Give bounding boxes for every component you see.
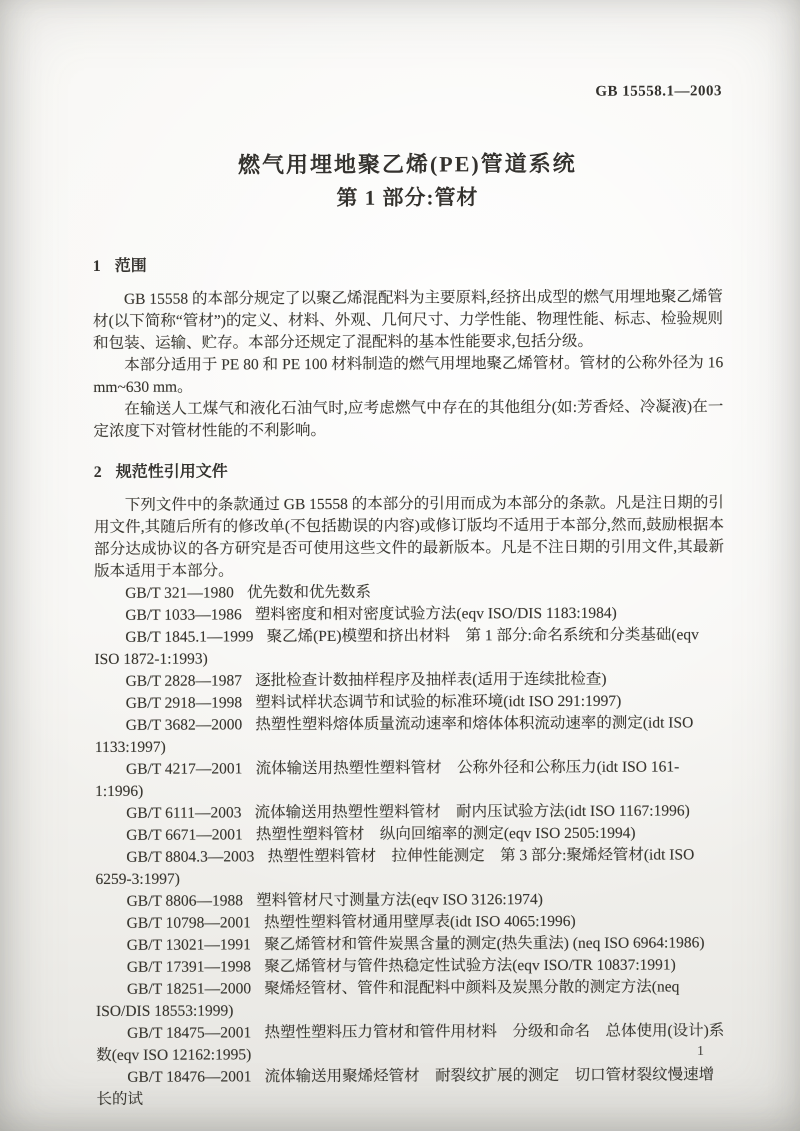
reference-code: GB/T 8804.3—2003	[126, 848, 254, 866]
page-content: GB 15558.1—2003 燃气用埋地聚乙烯(PE)管道系统 第 1 部分:…	[92, 83, 726, 1111]
reference-title: 聚乙烯管材与管件热稳定性试验方法(eqv ISO/TR 10837:1991)	[264, 956, 676, 975]
reference-code: GB/T 4217—2001	[126, 760, 242, 778]
reference-item: GB/T 6671—2001热塑性塑料管材 纵向回缩率的测定(eqv ISO 2…	[95, 822, 725, 847]
standard-number: GB 15558.1—2003	[92, 83, 722, 103]
reference-item: GB/T 2918—1998塑料试样状态调节和试验的标准环境(idt ISO 2…	[95, 690, 725, 715]
reference-item: GB/T 2828—1987逐批检查计数抽样程序及抽样表(适用于连续批检查)	[95, 668, 725, 693]
reference-title: 热塑性塑料管材通用壁厚表(idt ISO 4065:1996)	[264, 913, 576, 931]
scope-paragraph-2: 本部分适用于 PE 80 和 PE 100 材料制造的燃气用埋地聚乙烯管材。管材…	[93, 352, 723, 399]
reference-item: GB/T 18251—2000聚烯烃管材、管件和混配料中颜料及炭黑分散的测定方法…	[96, 976, 726, 1023]
reference-code: GB/T 18251—2000	[127, 980, 251, 998]
title-line-1: 燃气用埋地聚乙烯(PE)管道系统	[92, 150, 722, 179]
document-title: 燃气用埋地聚乙烯(PE)管道系统 第 1 部分:管材	[92, 150, 722, 211]
reference-item: GB/T 18475—2001热塑性塑料压力管材和管件用材料 分级和命名 总体使…	[96, 1020, 726, 1067]
section-1-title: 范围	[115, 258, 147, 275]
section-1-heading: 1范围	[93, 250, 723, 276]
reference-item: GB/T 18476—2001流体输送用聚烯烃管材 耐裂纹扩展的测定 切口管材裂…	[96, 1064, 726, 1111]
reference-title: 优先数和优先数系	[247, 584, 371, 602]
reference-code: GB/T 6671—2001	[126, 826, 242, 844]
section-2-title: 规范性引用文件	[116, 463, 228, 480]
reference-code: GB/T 6111—2003	[126, 804, 241, 822]
reference-list: GB/T 321—1980优先数和优先数系 GB/T 1033—1986塑料密度…	[94, 580, 726, 1111]
reference-item: GB/T 8806—1988塑料管材尺寸测量方法(eqv ISO 3126:19…	[96, 888, 726, 913]
reference-title: 热塑性塑料管材 纵向回缩率的测定(eqv ISO 2505:1994)	[256, 825, 636, 844]
reference-title: 塑料密度和相对密度试验方法(eqv ISO/DIS 1183:1984)	[255, 605, 617, 624]
reference-title: 流体输送用热塑性塑料管材 耐内压试验方法(idt ISO 1167:1996)	[255, 802, 690, 821]
page-number: 1	[697, 1044, 704, 1060]
reference-code: GB/T 18475—2001	[127, 1024, 251, 1042]
reference-item: GB/T 10798—2001热塑性塑料管材通用壁厚表(idt ISO 4065…	[96, 910, 726, 935]
reference-item: GB/T 1845.1—1999聚乙烯(PE)模塑和挤出材料 第 1 部分:命名…	[94, 624, 724, 671]
section-2-number: 2	[94, 464, 102, 482]
reference-code: GB/T 1845.1—1999	[125, 628, 253, 646]
reference-code: GB/T 2918—1998	[126, 694, 242, 712]
reference-title: 塑料管材尺寸测量方法(eqv ISO 3126:1974)	[256, 891, 543, 909]
reference-code: GB/T 321—1980	[125, 584, 234, 601]
reference-item: GB/T 8804.3—2003热塑性塑料管材 拉伸性能测定 第 3 部分:聚烯…	[95, 844, 725, 891]
reference-title: 聚乙烯管材和管件炭黑含量的测定(热失重法) (neq ISO 6964:1986…	[264, 934, 705, 953]
scope-paragraph-3: 在输送人工煤气和液化石油气时,应考虑燃气中存在的其他组分(如:芳香烃、冷凝液)在…	[93, 396, 723, 443]
reference-code: GB/T 18476—2001	[127, 1068, 251, 1086]
reference-code: GB/T 8806—1988	[127, 892, 243, 910]
title-line-2: 第 1 部分:管材	[92, 184, 722, 211]
reference-code: GB/T 2828—1987	[126, 672, 242, 690]
reference-title: 逐批检查计数抽样程序及抽样表(适用于连续批检查)	[255, 671, 606, 690]
reference-item: GB/T 3682—2000热塑性塑料熔体质量流动速率和熔体体积流动速率的测定(…	[95, 712, 725, 759]
reference-code: GB/T 1033—1986	[125, 606, 241, 624]
reference-item: GB/T 17391—1998聚乙烯管材与管件热稳定性试验方法(eqv ISO/…	[96, 954, 726, 979]
reference-item: GB/T 321—1980优先数和优先数系	[94, 580, 724, 605]
reference-item: GB/T 4217—2001流体输送用热塑性塑料管材 公称外径和公称压力(idt…	[95, 756, 725, 803]
reference-code: GB/T 3682—2000	[126, 716, 242, 734]
normative-intro-paragraph: 下列文件中的条款通过 GB 15558 的本部分的引用而成为本部分的条款。凡是注…	[94, 492, 724, 583]
reference-item: GB/T 1033—1986塑料密度和相对密度试验方法(eqv ISO/DIS …	[94, 602, 724, 627]
reference-item: GB/T 6111—2003流体输送用热塑性塑料管材 耐内压试验方法(idt I…	[95, 800, 725, 825]
scope-paragraph-1: GB 15558 的本部分规定了以聚乙烯混配料为主要原料,经挤出成型的燃气用埋地…	[93, 286, 723, 355]
reference-title: 塑料试样状态调节和试验的标准环境(idt ISO 291:1997)	[255, 693, 621, 712]
document-page: GB 15558.1—2003 燃气用埋地聚乙烯(PE)管道系统 第 1 部分:…	[0, 0, 800, 1131]
reference-code: GB/T 13021—1991	[127, 936, 251, 954]
reference-code: GB/T 10798—2001	[127, 914, 251, 932]
reference-code: GB/T 17391—1998	[127, 958, 251, 976]
section-1-number: 1	[93, 258, 101, 276]
reference-item: GB/T 13021—1991聚乙烯管材和管件炭黑含量的测定(热失重法) (ne…	[96, 932, 726, 957]
section-2-heading: 2规范性引用文件	[94, 456, 724, 482]
